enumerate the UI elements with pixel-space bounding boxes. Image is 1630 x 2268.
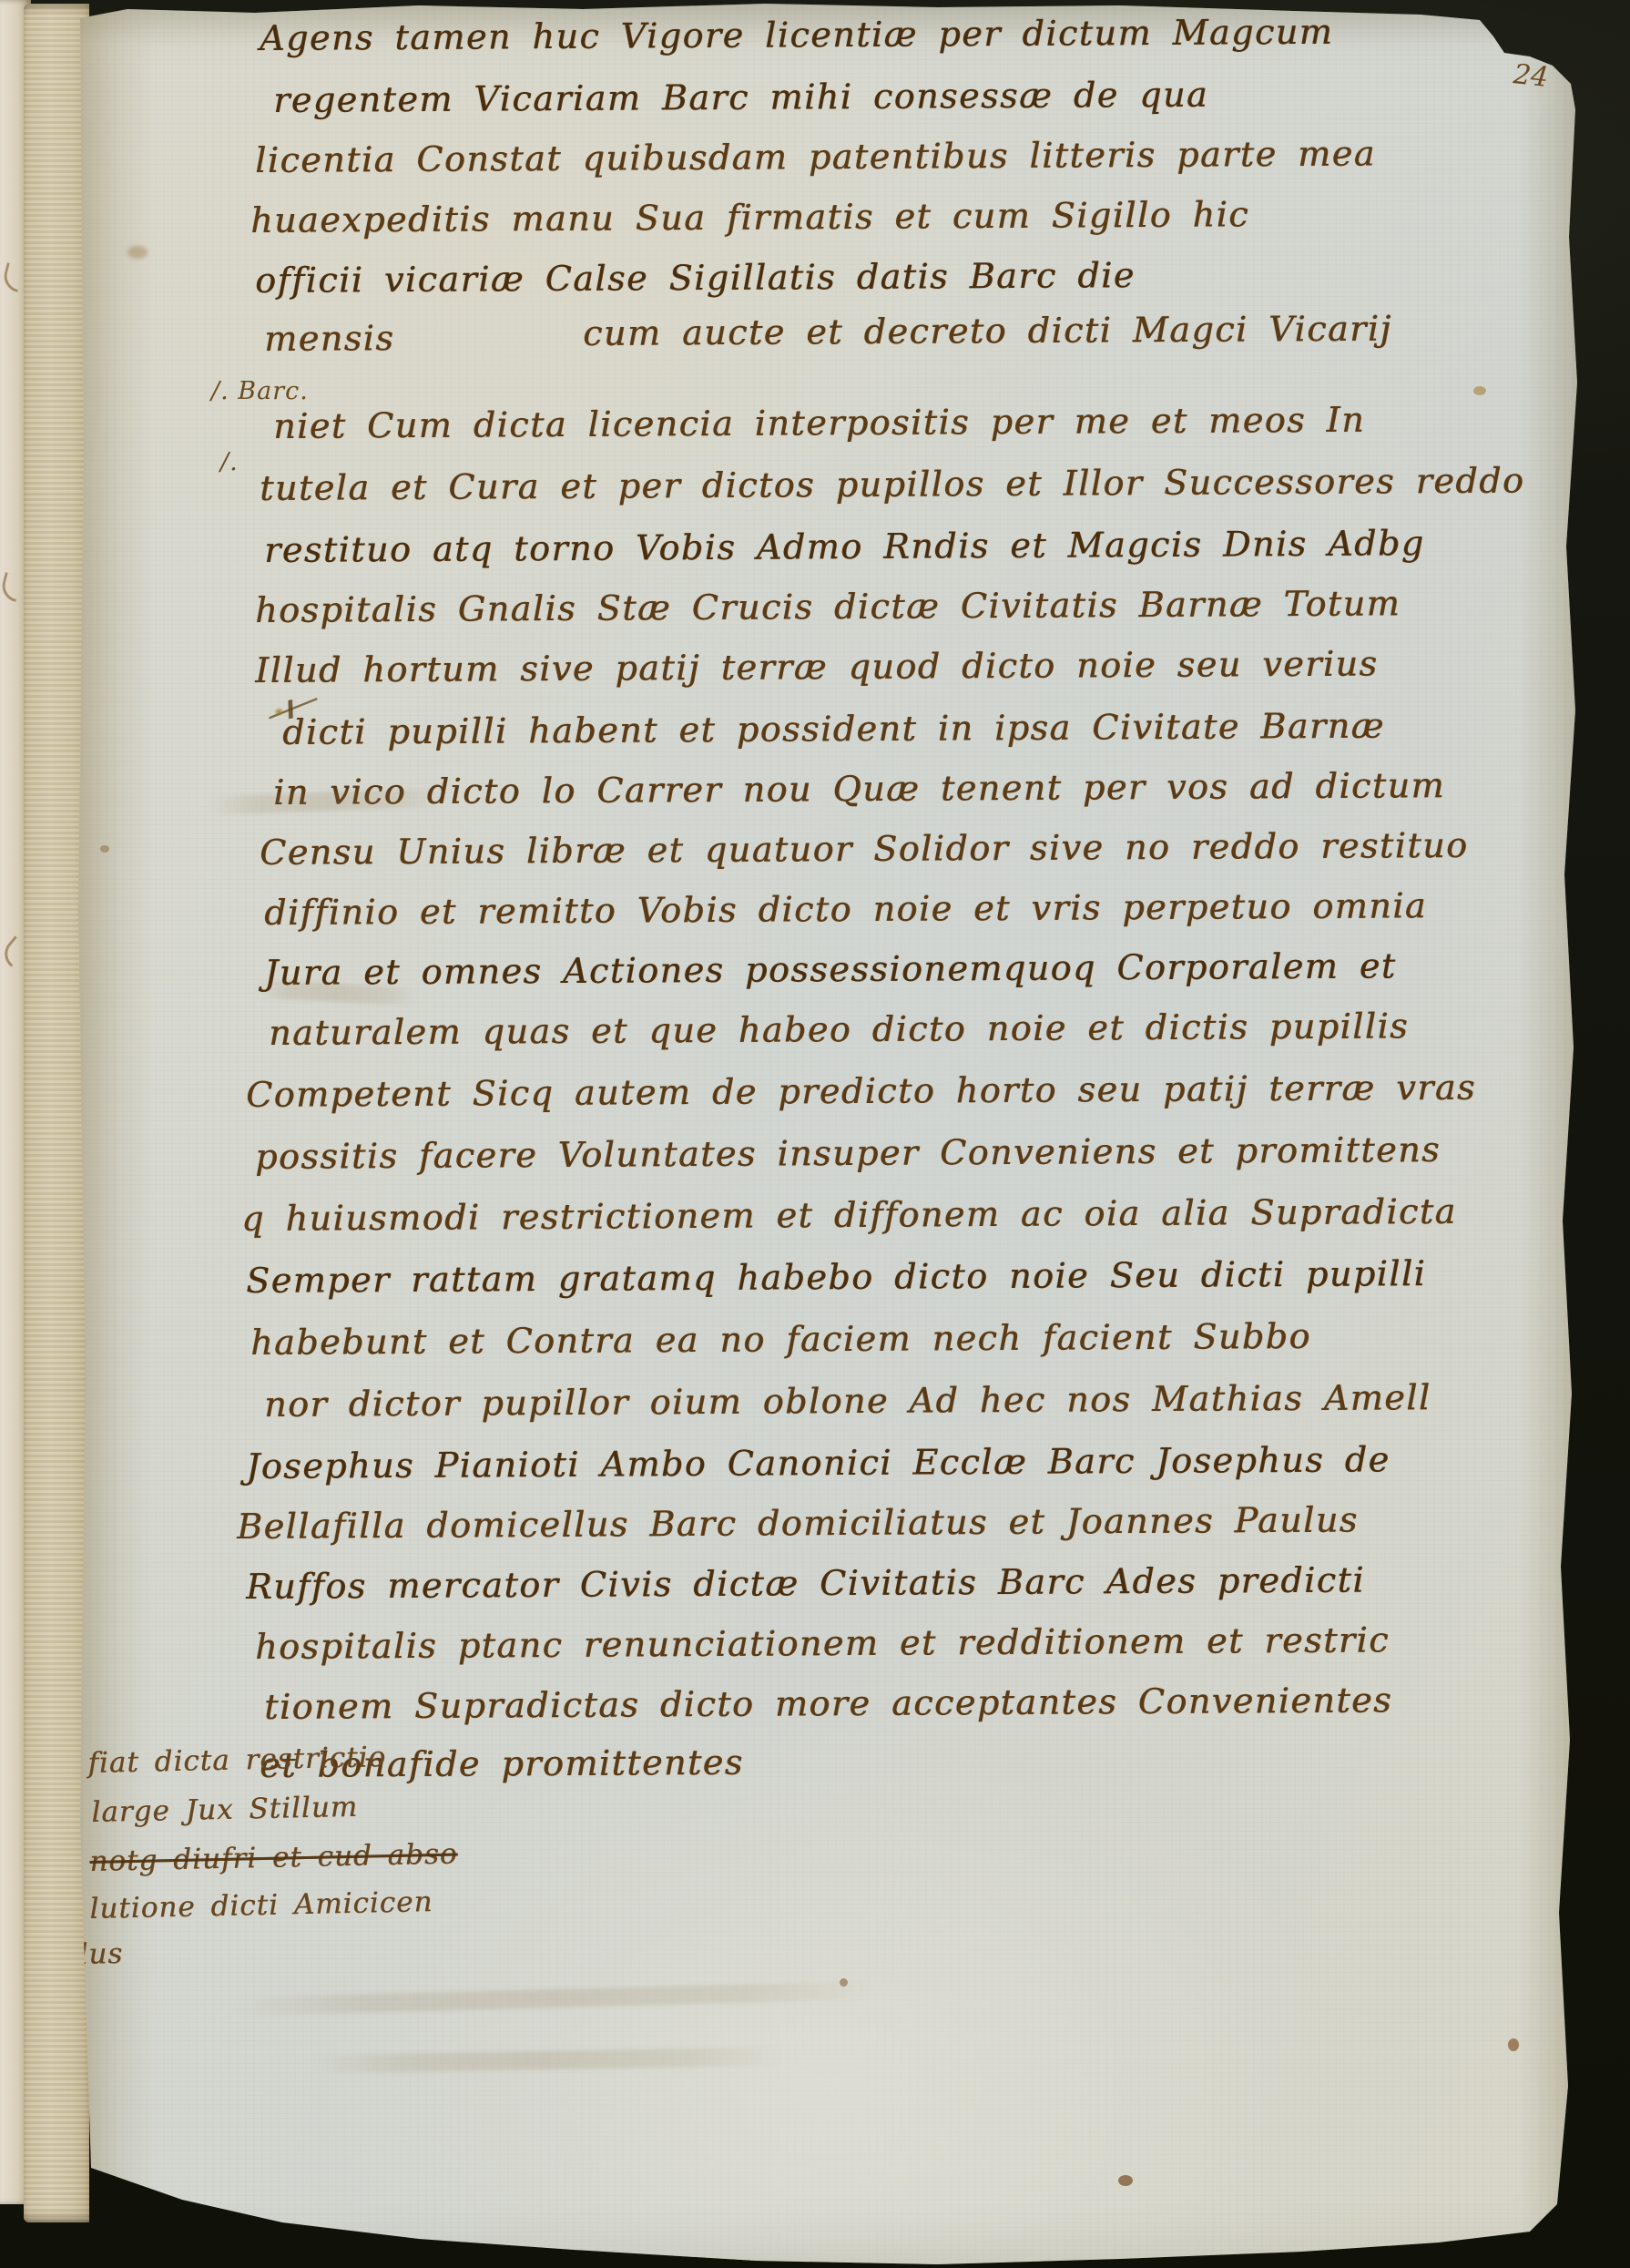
book-gutter-page-edges <box>24 4 89 2222</box>
manuscript-line: Semper rattam gratamq habebo dicto noie … <box>246 1255 1426 1301</box>
manuscript-line: restituo atq torno Vobis Admo Rndis et M… <box>264 525 1425 570</box>
manuscript-line: Illud hortum sive patij terræ quod dicto… <box>255 645 1379 690</box>
paper-stain <box>1473 386 1486 395</box>
manuscript-line: possitis facere Voluntates insuper Conve… <box>255 1131 1441 1177</box>
manuscript-line: dicti pupilli habent et possident in ips… <box>282 708 1385 752</box>
manuscript-line: hospitalis Gnalis Stæ Crucis dictæ Civit… <box>255 585 1401 629</box>
manuscript-line: licentia Constat quibusdam patentibus li… <box>255 135 1376 179</box>
margin-note-line: lus <box>78 1937 124 1971</box>
margin-reference-mark: /. Barc. <box>211 377 309 405</box>
manuscript-line: Bellafilla domicellus Barc domiciliatus … <box>237 1501 1359 1546</box>
manuscript-line: mensis <box>264 320 394 359</box>
margin-note-line: fiat dicta restrictio <box>87 1741 386 1780</box>
manuscript-line: tutela et Cura et per dictos pupillos et… <box>260 463 1524 508</box>
margin-note-line: lutione dicti Amicicen <box>89 1885 433 1926</box>
manuscript-line: Competent Sicq autem de predicto horto s… <box>246 1069 1476 1115</box>
bleed-ink-curl <box>1 262 24 292</box>
manuscript-line: officii vicariæ Calse Sigillatis datis B… <box>255 257 1136 301</box>
manuscript-line: regentem Vicariam Barc mihi consessæ de … <box>273 77 1208 120</box>
manuscript-page: 24 Agens tamen huc Vigore licentiæ per d… <box>73 0 1584 2268</box>
paper-stain <box>1118 2175 1133 2186</box>
margin-reference-mark: /. <box>220 448 239 476</box>
manuscript-line: Ruffos mercator Civis dictæ Civitatis Ba… <box>246 1561 1365 1606</box>
ink-bleedthrough <box>237 1981 874 2016</box>
manuscript-line: Josephus Pianioti Ambo Canonici Ecclæ Ba… <box>246 1441 1391 1486</box>
manuscript-line: cum aucte et decreto dicti Magci Vicarij <box>583 311 1392 353</box>
paper-stain <box>127 246 148 259</box>
manuscript-line: Jura et omnes Actiones possessionemquoq … <box>264 947 1397 992</box>
manuscript-line: hospitalis ptanc renunciationem et reddi… <box>255 1621 1390 1666</box>
manuscript-line: niet Cum dicta licencia interpositis per… <box>273 402 1365 446</box>
manuscript-line: naturalem quas et que habeo dicto noie e… <box>269 1007 1409 1052</box>
ink-bleedthrough <box>310 2047 783 2073</box>
manuscript-line: q huiusmodi restrictionem et diffonem ac… <box>241 1193 1457 1239</box>
manuscript-line: diffinio et remitto Vobis dicto noie et … <box>264 887 1427 933</box>
manuscript-line: in vico dicto lo Carrer nou Quæ tenent p… <box>273 767 1445 812</box>
margin-note-line: notg diufri et cud abso <box>89 1838 458 1878</box>
paper-stain <box>100 845 109 853</box>
manuscript-line: nor dictor pupillor oium oblone Ad hec n… <box>264 1379 1431 1425</box>
bleed-ink-curl <box>0 572 22 602</box>
margin-note-line: large Jux Stillum <box>91 1791 358 1829</box>
manuscript-line: Censu Unius libræ et quatuor Solidor siv… <box>260 827 1469 873</box>
manuscript-line: habebunt et Contra ea no faciem nech fac… <box>250 1318 1311 1363</box>
paper-stain <box>1508 2038 1519 2051</box>
folio-number: 24 <box>1512 58 1550 94</box>
manuscript-line: huaexpeditis manu Sua firmatis et cum Si… <box>250 196 1249 240</box>
paper-stain <box>840 1978 848 1987</box>
manuscript-line: tionem Supradictas dicto more acceptante… <box>264 1681 1392 1726</box>
manuscript-line: Agens tamen huc Vigore licentiæ per dict… <box>260 14 1333 58</box>
gutter-shadow <box>73 0 155 2268</box>
